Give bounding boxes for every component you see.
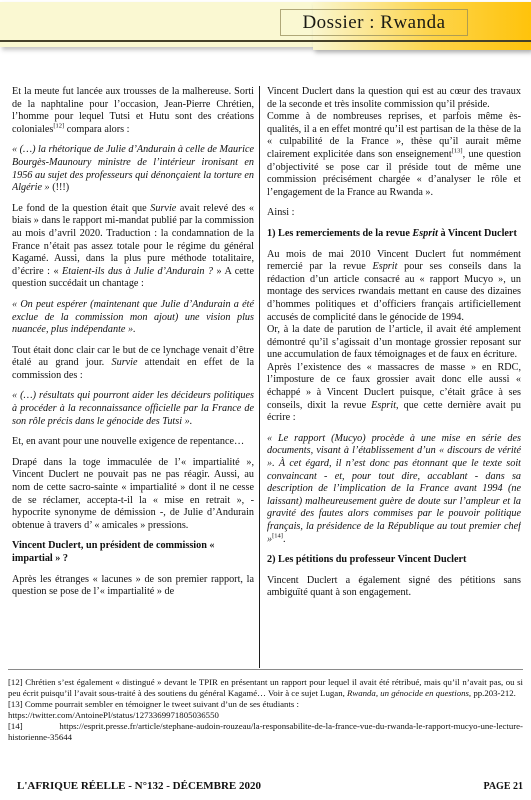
text-segment: [12] [53,122,64,129]
paragraph: Après l’existence des « massacres de mas… [267,362,521,425]
page-footer: L'AFRIQUE RÉELLE - N°132 - DÉCEMBRE 2020… [17,766,523,792]
paragraph: Vincent Duclert a également signé des pé… [267,575,521,600]
page-number: PAGE 21 [483,781,523,792]
footnote: [13] Comme pourrait sembler en témoigner… [8,699,523,721]
paragraph: Au mois de mai 2010 Vincent Duclert fut … [267,249,521,325]
text-segment: Rwanda, un génocide en questions [347,688,469,698]
text-segment: Vincent Duclert dans la question qui est… [267,86,521,110]
footnote: [12] Chrétien s’est également « distingu… [8,677,523,699]
text-segment: compara alors : [64,124,129,135]
text-segment: Et la meute fut lancée aux trousses de l… [12,86,254,135]
text-segment: [13] [452,148,463,155]
magazine-page: Dossier : Rwanda Et la meute fut lancée … [0,0,531,800]
text-segment: « Le rapport (Mucyo) procède à une mise … [267,433,521,545]
quote-paragraph: « On peut espérer (maintenant que Julie … [12,299,254,337]
text-segment: Et, en avant pour une nouvelle exigence … [12,436,244,447]
journal-title: L'AFRIQUE RÉELLE - N°132 - DÉCEMBRE 2020 [17,780,261,792]
article-body: Et la meute fut lancée aux trousses de l… [12,86,521,668]
text-segment: « (…) la rhétorique de Julie d’Andurain … [12,144,254,193]
text-segment: Or, à la date de parution de l’article, … [267,324,521,360]
quote-paragraph: « (…) résultats qui pourront aider les d… [12,390,254,428]
text-segment: Le fond de la question était que [12,203,150,214]
article-column-left: Et la meute fut lancée aux trousses de l… [12,86,254,668]
page-header: Dossier : Rwanda [0,0,531,58]
paragraph: Drapé dans la toge immaculée de l’« impa… [12,457,254,533]
footnote: [14] https://esprit.presse.fr/article/st… [8,721,523,743]
text-segment: Esprit [371,400,396,411]
text-segment: Esprit [373,261,398,272]
text-segment: Survie [112,357,138,368]
quote-paragraph: « Le rapport (Mucyo) procède à une mise … [267,433,521,546]
paragraph: Or, à la date de parution de l’article, … [267,324,521,362]
text-segment: [14] https://esprit.presse.fr/article/st… [8,721,523,742]
section-heading: 2) Les pétitions du professeur Vincent D… [267,554,521,567]
paragraph: Et, en avant pour une nouvelle exigence … [12,436,254,449]
paragraph: Ainsi : [267,207,521,220]
section-heading: Vincent Duclert, un président de commiss… [12,540,254,565]
text-segment: à Vincent Duclert [438,228,517,239]
footnotes: [12] Chrétien s’est également « distingu… [8,677,523,743]
text-segment: [13] Comme pourrait sembler en témoigner… [8,699,299,709]
paragraph: Le fond de la question était que Survie … [12,203,254,291]
text-segment: https://twitter.com/AntoinePl/status/127… [8,710,219,720]
text-segment: Vincent Duclert, un président de commiss… [12,540,215,564]
paragraph: Tout était donc clair car le but de ce l… [12,345,254,383]
text-segment: 2) Les pétitions du professeur Vincent D… [267,554,466,565]
paragraph: Comme à de nombreuses reprises, et parfo… [267,111,521,199]
text-segment: Après les étranges « lacunes » de son pr… [12,574,254,598]
text-segment: 1) Les remerciements de la revue [267,228,412,239]
text-segment: , pp.203-212. [469,688,516,698]
footnote-divider [8,669,523,670]
article-column-right: Vincent Duclert dans la question qui est… [267,86,521,668]
paragraph: Vincent Duclert dans la question qui est… [267,86,521,111]
text-segment: « On peut espérer (maintenant que Julie … [12,299,254,335]
paragraph: Et la meute fut lancée aux trousses de l… [12,86,254,136]
text-segment: . [283,534,286,545]
text-segment: « (…) résultats qui pourront aider les d… [12,390,254,426]
section-heading: 1) Les remerciements de la revue Esprit … [267,228,521,241]
dossier-title-frame: Dossier : Rwanda [280,9,468,36]
text-segment: Drapé dans la toge immaculée de l’« impa… [12,457,254,531]
text-segment: Vincent Duclert a également signé des pé… [267,575,521,599]
column-divider [259,86,260,668]
paragraph: Après les étranges « lacunes » de son pr… [12,574,254,599]
text-segment: Ainsi : [267,207,294,218]
dossier-title: Dossier : Rwanda [302,12,445,34]
header-rule [0,40,531,42]
text-segment: Survie [150,203,176,214]
text-segment: Etaient-ils dus à Julie d’Andurain ? [62,266,213,277]
text-segment: (!!!) [50,182,70,193]
text-segment: [14] [272,532,283,539]
quote-paragraph: « (…) la rhétorique de Julie d’Andurain … [12,144,254,194]
text-segment: Esprit [412,228,437,239]
